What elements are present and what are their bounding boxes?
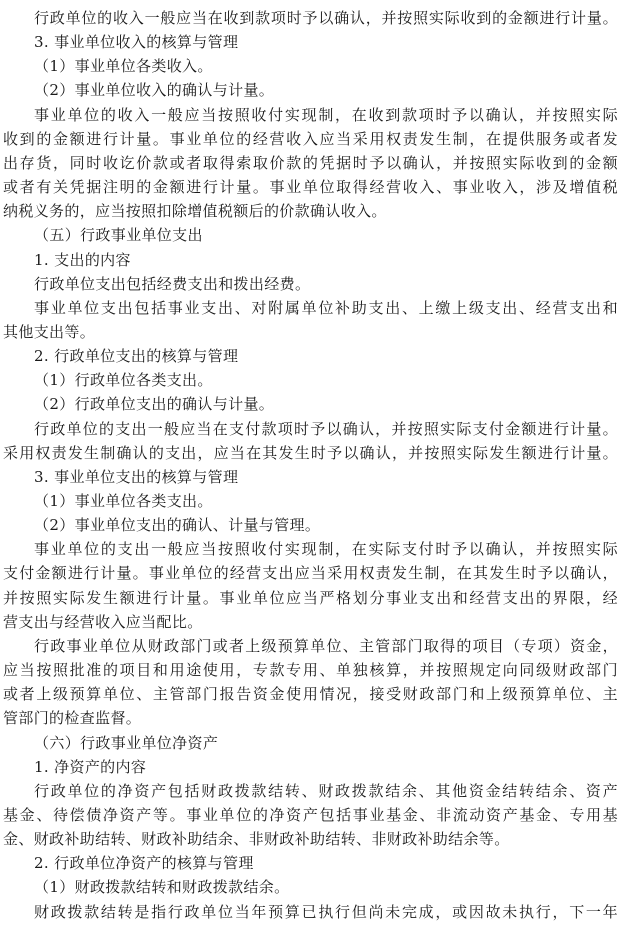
- paragraph-line-indented: （2）事业单位收入的确认与计量。: [34, 78, 618, 102]
- paragraph-line-indented: 事业单位的支出一般应当按照收付实现制，在实际支付时予以确认，并按照实际: [34, 537, 618, 561]
- paragraph-line-indented: （1）事业单位各类支出。: [34, 489, 618, 513]
- paragraph-line: 其他支出等。: [3, 320, 618, 344]
- paragraph-line-indented: 1. 支出的内容: [34, 248, 618, 272]
- paragraph-line-indented: 2. 行政单位净资产的核算与管理: [34, 851, 618, 875]
- paragraph-line: 收到的金额进行计量。事业单位的经营收入应当采用权责发生制，在提供服务或者发: [3, 127, 618, 151]
- paragraph-line-indented: （1）行政单位各类支出。: [34, 368, 618, 392]
- paragraph-line-indented: 行政事业单位从财政部门或者上级预算单位、主管部门取得的项目（专项）资金，: [34, 634, 618, 658]
- paragraph-line-indented: 1. 净资产的内容: [34, 755, 618, 779]
- paragraph-line: 营支出与经营收入应当配比。: [3, 610, 618, 634]
- paragraph-line: 或者有关凭据注明的金额进行计量。事业单位取得经营收入、事业收入，涉及增值税: [3, 175, 618, 199]
- paragraph-line-indented: 3. 事业单位支出的核算与管理: [34, 465, 618, 489]
- paragraph-line-indented: （1）财政拨款结转和财政拨款结余。: [34, 875, 618, 899]
- paragraph-line: 金、财政补助结转、财政补助结余、非财政补助结转、非财政补助结余等。: [3, 827, 618, 851]
- paragraph-line-indented: （六）行政事业单位净资产: [34, 731, 618, 755]
- paragraph-line-indented: 3. 事业单位收入的核算与管理: [34, 30, 618, 54]
- paragraph-line-indented: 财政拨款结转是指行政单位当年预算已执行但尚未完成，或因故未执行，下一年: [34, 900, 618, 924]
- paragraph-line: 应当按照批准的项目和用途使用，专款专用、单独核算，并按照规定向同级财政部门: [3, 658, 618, 682]
- paragraph-line-indented: 行政单位的净资产包括财政拨款结转、财政拨款结余、其他资金结转结余、资产: [34, 779, 618, 803]
- paragraph-line-indented: 2. 行政单位支出的核算与管理: [34, 344, 618, 368]
- paragraph-line: 基金、待偿债净资产等。事业单位的净资产包括事业基金、非流动资产基金、专用基: [3, 803, 618, 827]
- paragraph-line-indented: 行政单位支出包括经费支出和拨出经费。: [34, 272, 618, 296]
- paragraph-line-indented: 事业单位支出包括事业支出、对附属单位补助支出、上缴上级支出、经营支出和: [34, 296, 618, 320]
- paragraph-line-indented: （五）行政事业单位支出: [34, 223, 618, 247]
- paragraph-line-indented: （2）事业单位支出的确认、计量与管理。: [34, 513, 618, 537]
- paragraph-line: 管部门的检查监督。: [3, 706, 618, 730]
- paragraph-line: 或者上级预算单位、主管部门报告资金使用情况，接受财政部门和上级预算单位、主: [3, 682, 618, 706]
- paragraph-line-indented: （1）事业单位各类收入。: [34, 54, 618, 78]
- paragraph-line-indented: 事业单位的收入一般应当按照收付实现制，在收到款项时予以确认，并按照实际: [34, 103, 618, 127]
- document-page: 行政单位的收入一般应当在收到款项时予以确认，并按照实际收到的金额进行计量。3. …: [0, 0, 621, 925]
- paragraph-line: 纳税义务的，应当按照扣除增值税额后的价款确认收入。: [3, 199, 618, 223]
- paragraph-line-indented: 行政单位的收入一般应当在收到款项时予以确认，并按照实际收到的金额进行计量。: [34, 6, 618, 30]
- paragraph-line-indented: 行政单位的支出一般应当在支付款项时予以确认，并按照实际支付金额进行计量。: [34, 417, 618, 441]
- paragraph-line-indented: （2）行政单位支出的确认与计量。: [34, 392, 618, 416]
- paragraph-line: 支付金额进行计量。事业单位的经营支出应当采用权责发生制，在其发生时予以确认，: [3, 561, 618, 585]
- paragraph-line: 出存货，同时收讫价款或者取得索取价款的凭据时予以确认，并按照实际收到的金额: [3, 151, 618, 175]
- paragraph-line: 并按照实际发生额进行计量。事业单位应当严格划分事业支出和经营支出的界限，经: [3, 586, 618, 610]
- paragraph-line: 采用权责发生制确认的支出，应当在其发生时予以确认，并按照实际发生额进行计量。: [3, 441, 618, 465]
